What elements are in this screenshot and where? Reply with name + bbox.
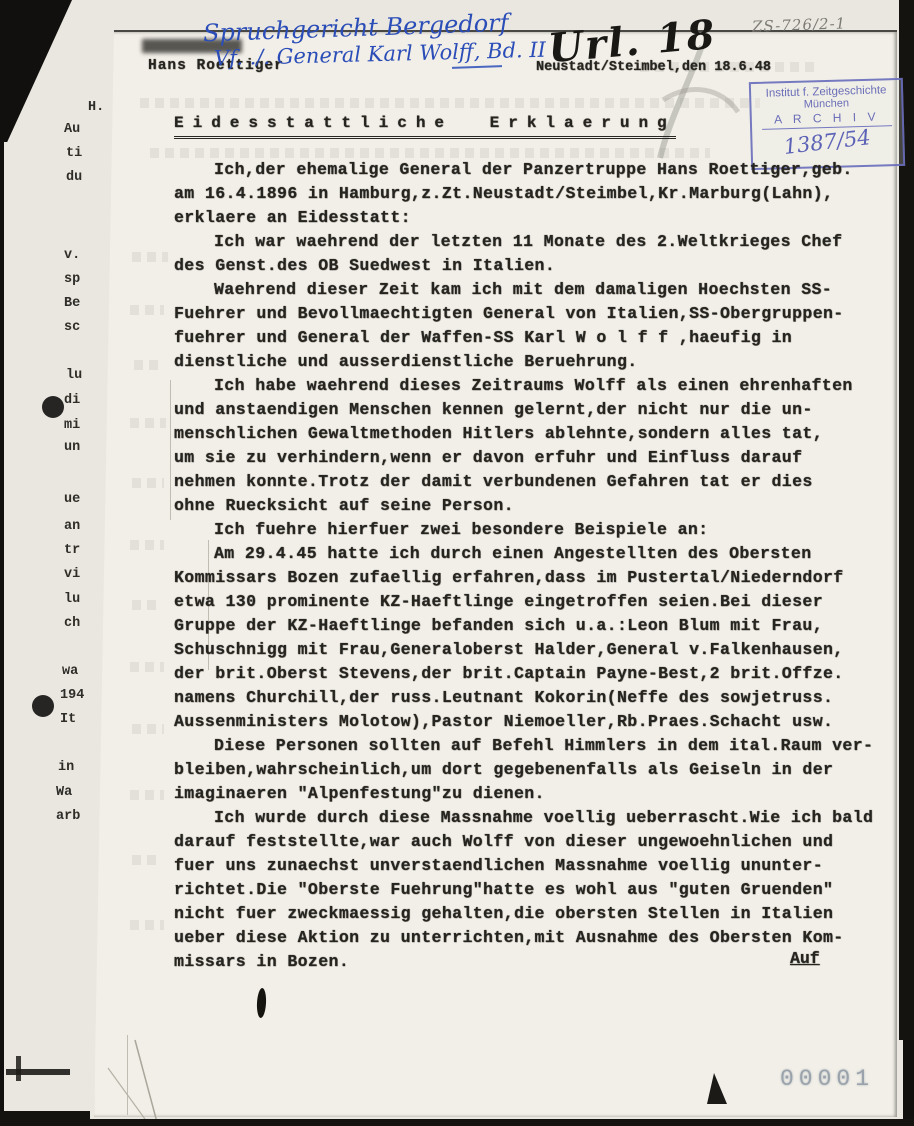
document-body: Ich,der ehemalige General der Panzertrup… xyxy=(174,158,898,974)
page-number-stamp: 00001 xyxy=(780,1066,874,1092)
paragraph: Ich habe waehrend dieses Zeitraums Wolff… xyxy=(174,374,898,518)
archive-stamp: Institut f. Zeitgeschichte München A R C… xyxy=(749,78,905,170)
catchword: Auf xyxy=(790,949,820,968)
paragraph: Ich,der ehemalige General der Panzertrup… xyxy=(174,158,898,230)
scanned-document-page: { "annotations": { "court_line1": "Spruc… xyxy=(0,0,914,1126)
paragraph: Ich war waehrend der letzten 11 Monate d… xyxy=(174,230,898,278)
archive-stamp-archiv: A R C H I V xyxy=(762,109,892,130)
pencil-archive-reference: ZS-726/2-1 xyxy=(752,14,847,35)
paragraph: Am 29.4.45 hatte ich durch einen Angeste… xyxy=(174,542,898,734)
scanner-background-bottom xyxy=(0,1119,914,1126)
paragraph: Diese Personen sollten auf Befehl Himmle… xyxy=(174,734,898,806)
underpage-dark-mark-tick xyxy=(16,1056,21,1081)
paragraph: Ich fuehre hierfuer zwei besondere Beisp… xyxy=(174,518,898,542)
paragraph: Waehrend dieser Zeit kam ich mit dem dam… xyxy=(174,278,898,374)
triangle-marker xyxy=(707,1073,727,1104)
archive-stamp-number: 1387/54 xyxy=(783,125,872,159)
document-title: Eidesstattliche Erklaerung xyxy=(174,114,676,139)
